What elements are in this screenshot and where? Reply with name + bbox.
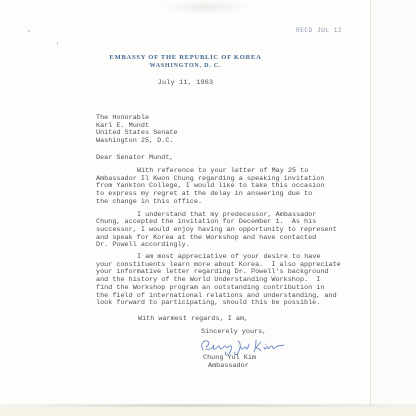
- scan-speck: [28, 30, 30, 32]
- paper-margin: [371, 0, 416, 406]
- signer-title: Ambassador: [208, 363, 249, 371]
- recipient-address-block: The Honorable Karl E. Mundt United State…: [96, 115, 178, 146]
- letterhead-city: WASHINGTON, D. C.: [0, 62, 371, 71]
- letterhead-org-name: EMBASSY OF THE REPUBLIC OF KOREA: [0, 54, 371, 62]
- body-paragraph-1: With reference to your letter of May 25 …: [96, 168, 348, 207]
- letter-scan: RECD JUL 12 EMBASSY OF THE REPUBLIC OF K…: [0, 0, 416, 416]
- letterhead: EMBASSY OF THE REPUBLIC OF KOREA WASHING…: [0, 54, 371, 71]
- body-paragraph-3: I am most appreciative of your desire to…: [96, 254, 348, 308]
- salutation: Dear Senator Mundt,: [96, 155, 174, 163]
- scan-smudge: [160, 0, 250, 14]
- letter-date: July 11, 1963: [0, 80, 371, 88]
- scan-background-strip: [0, 407, 416, 416]
- body-paragraph-2: I understand that my predecessor, Ambass…: [96, 212, 348, 251]
- closing-regards-line: With warmest regards, I am,: [138, 316, 248, 324]
- scan-speck: [57, 42, 58, 45]
- signoff-line: Sincerely yours,: [201, 329, 266, 337]
- received-date-stamp: RECD JUL 12: [296, 27, 342, 34]
